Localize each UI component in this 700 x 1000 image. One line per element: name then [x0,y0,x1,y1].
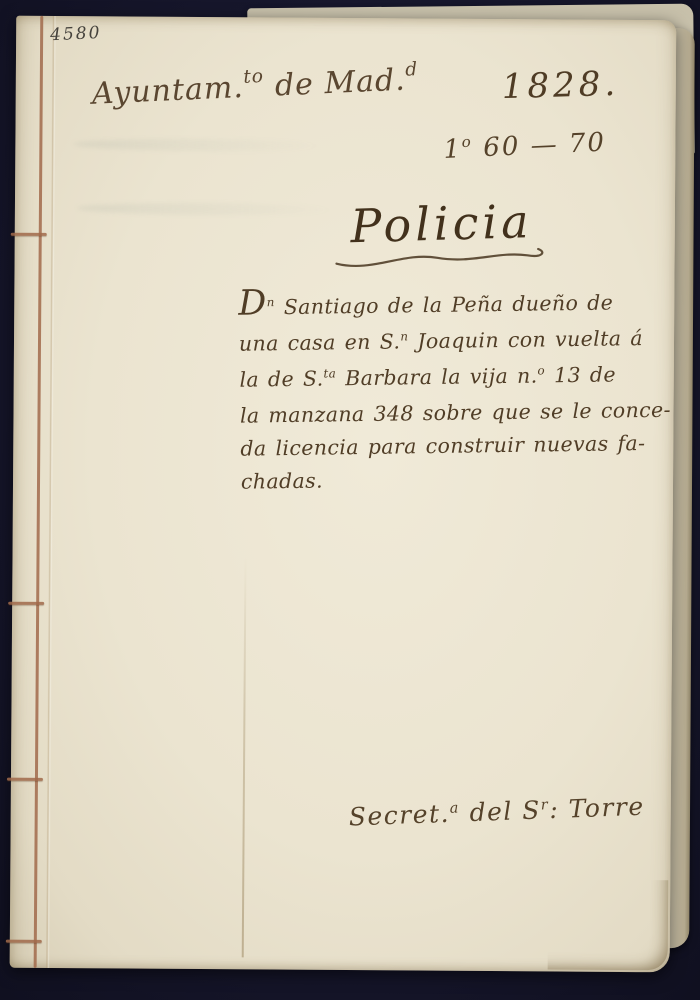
scanned-manuscript-scene: 4580 Ayuntam.to de Mad.d 1828. 1o 60 — 7… [0,0,700,1000]
text-segment: o [461,133,473,151]
text-segment: n [267,295,275,309]
binding-stitch [7,778,43,781]
institution-header: Ayuntam.to de Mad.d [91,62,419,112]
ink-bleedthrough [73,138,323,152]
reference-number: 1o 60 — 70 [443,128,607,165]
text-segment: 1 [443,134,463,165]
text-segment: ta [323,367,336,381]
text-segment: to [243,66,265,88]
text-segment: Santiago de la Peña dueño de [275,290,614,319]
text-segment: a [449,800,460,816]
text-segment: d [405,59,419,81]
text-segment: una casa en S. [239,329,401,355]
text-segment: r [540,797,549,813]
text-segment: la de S. [239,367,323,392]
secretary-signature: Secret.a del Sr: Torre [348,792,645,832]
manuscript-line: Dn Santiago de la Peña dueño de [238,286,658,328]
section-title-block: Policia [316,197,568,274]
text-segment: da licencia para construir nuevas fa- [240,431,645,461]
page-fold-line [46,16,57,968]
binding-stitch [6,940,42,943]
binding-stitch [11,233,47,236]
archive-number: 4580 [50,23,102,45]
text-segment: Secret. [348,799,450,832]
binding-thread [34,16,43,968]
text-segment: : Torre [549,792,645,824]
year-label: 1828. [501,64,619,107]
manuscript-page: 4580 Ayuntam.to de Mad.d 1828. 1o 60 — 7… [10,16,677,973]
body-paragraph: Dn Santiago de la Peña dueño deuna casa … [238,286,661,499]
text-segment: Ayuntam. [91,70,244,112]
section-title: Policia [316,197,567,250]
manuscript-line: chadas. [241,460,661,499]
text-segment: o [537,364,545,378]
ink-bleedthrough [77,202,337,216]
manuscript-line: la de S.ta Barbara la vija n.o 13 de [239,358,659,400]
text-segment: la manzana 348 sobre que se le conce- [240,398,671,428]
page-crease [242,557,247,957]
text-segment: n [400,330,408,344]
text-segment: del S [460,795,542,827]
manuscript-line: una casa en S.n Joaquin con vuelta á [239,322,659,364]
text-segment: 60 — 70 [472,128,606,164]
text-segment: Joaquin con vuelta á [408,326,643,353]
text-segment: D [238,283,267,323]
text-segment: 13 de [545,362,616,387]
binding-stitch [8,602,44,605]
text-segment: chadas. [241,469,323,494]
manuscript-line: da licencia para construir nuevas fa- [240,427,660,466]
text-segment: Barbara la vija n. [336,364,538,391]
corner-shadow [548,879,669,970]
text-segment: de Mad. [264,63,407,104]
